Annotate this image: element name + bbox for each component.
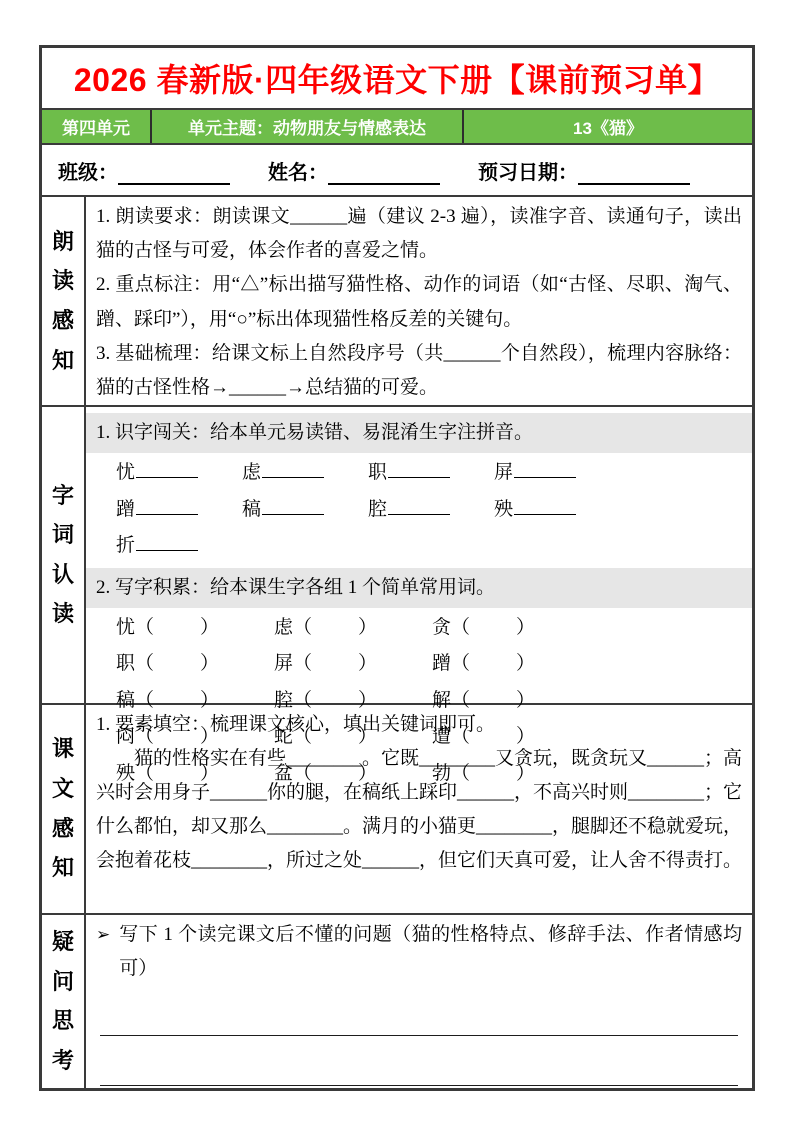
date-blank bbox=[578, 161, 690, 185]
arrow-bullet-icon: ➢ bbox=[96, 918, 110, 986]
section-label: 字词认读 bbox=[51, 476, 75, 634]
title-row: 2026 春新版·四年级语文下册【课前预习单】 bbox=[42, 48, 752, 110]
word-entry: 屏（） bbox=[274, 646, 432, 682]
section-content: 1. 朗读要求：朗读课文______遍（建议 2-3 遍），读准字音、读通句子，… bbox=[86, 197, 752, 405]
question-prompt-row: ➢ 写下 1 个读完课文后不懂的问题（猫的性格特点、修辞手法、作者情感均可） bbox=[86, 918, 752, 986]
class-label: 班级： bbox=[58, 156, 118, 185]
section-label-cell: 课文感知 bbox=[42, 705, 86, 913]
fill-blank-header: 1. 要素填空：梳理课文核心，填出关键词即可。 bbox=[86, 708, 752, 742]
word-entry: 蹭（） bbox=[432, 646, 590, 682]
word-entry: 职（） bbox=[116, 646, 274, 682]
section-content: ➢ 写下 1 个读完课文后不懂的问题（猫的性格特点、修辞手法、作者情感均可） bbox=[86, 915, 752, 1088]
pinyin-entry: 忧 bbox=[116, 455, 242, 491]
section-label: 朗读感知 bbox=[51, 222, 75, 380]
pinyin-entry: 虑 bbox=[242, 455, 368, 491]
unit-number: 第四单元 bbox=[42, 110, 152, 143]
class-field: 班级： bbox=[58, 156, 230, 185]
section-text-perception: 课文感知 1. 要素填空：梳理课文核心，填出关键词即可。 猫的性格实在有些___… bbox=[42, 705, 752, 915]
section-content: 1. 识字闯关：给本单元易读错、易混淆生字注拼音。 忧虑职屏蹭稿腔殃折 2. 写… bbox=[86, 407, 752, 703]
reading-item-3: 3. 基础梳理：给课文标上自然段序号（共______个自然段），梳理内容脉络：猫… bbox=[86, 337, 752, 405]
answer-line bbox=[100, 986, 738, 1036]
section-label-cell: 疑问思考 bbox=[42, 915, 86, 1088]
pinyin-entry: 屏 bbox=[494, 455, 620, 491]
pinyin-char-grid: 忧虑职屏蹭稿腔殃折 bbox=[86, 455, 752, 564]
reading-item-1: 1. 朗读要求：朗读课文______遍（建议 2-3 遍），读准字音、读通句子，… bbox=[86, 200, 752, 268]
unit-bar: 第四单元 单元主题：动物朋友与情感表达 13《猫》 bbox=[42, 110, 752, 145]
class-blank bbox=[118, 161, 230, 185]
question-prompt: 写下 1 个读完课文后不懂的问题（猫的性格特点、修辞手法、作者情感均可） bbox=[119, 918, 742, 986]
section-question-thinking: 疑问思考 ➢ 写下 1 个读完课文后不懂的问题（猫的性格特点、修辞手法、作者情感… bbox=[42, 915, 752, 1088]
worksheet-page: 2026 春新版·四年级语文下册【课前预习单】 第四单元 单元主题：动物朋友与情… bbox=[39, 45, 755, 1091]
reading-item-2: 2. 重点标注：用“△”标出描写猫性格、动作的词语（如“古怪、尽职、淘气、蹭、踩… bbox=[86, 268, 752, 336]
section-label-cell: 字词认读 bbox=[42, 407, 86, 703]
pinyin-entry: 稿 bbox=[242, 492, 368, 528]
section-content: 1. 要素填空：梳理课文核心，填出关键词即可。 猫的性格实在有些________… bbox=[86, 705, 752, 913]
student-info-row: 班级： 姓名： 预习日期： bbox=[42, 145, 752, 197]
pinyin-task-header: 1. 识字闯关：给本单元易读错、易混淆生字注拼音。 bbox=[86, 413, 752, 453]
section-label-cell: 朗读感知 bbox=[42, 197, 86, 405]
name-field: 姓名： bbox=[268, 156, 440, 185]
date-field: 预习日期： bbox=[478, 156, 690, 185]
pinyin-entry: 腔 bbox=[368, 492, 494, 528]
pinyin-entry: 职 bbox=[368, 455, 494, 491]
section-label: 疑问思考 bbox=[51, 922, 75, 1080]
word-entry: 贪（） bbox=[432, 610, 590, 646]
section-label: 课文感知 bbox=[51, 729, 75, 887]
answer-line bbox=[100, 1036, 738, 1086]
word-task-header: 2. 写字积累：给本课生字各组 1 个简单常用词。 bbox=[86, 568, 752, 608]
pinyin-entry: 折 bbox=[116, 528, 242, 564]
page-title: 2026 春新版·四年级语文下册【课前预习单】 bbox=[74, 55, 720, 101]
pinyin-entry: 殃 bbox=[494, 492, 620, 528]
word-entry: 忧（） bbox=[116, 610, 274, 646]
section-words-recognition: 字词认读 1. 识字闯关：给本单元易读错、易混淆生字注拼音。 忧虑职屏蹭稿腔殃折… bbox=[42, 407, 752, 705]
word-entry: 虑（） bbox=[274, 610, 432, 646]
fill-blank-paragraph: 猫的性格实在有些________。它既________又贪玩，既贪玩又_____… bbox=[86, 742, 752, 879]
name-blank bbox=[328, 161, 440, 185]
pinyin-entry: 蹭 bbox=[116, 492, 242, 528]
lesson-title: 13《猫》 bbox=[464, 110, 752, 143]
unit-theme: 单元主题：动物朋友与情感表达 bbox=[152, 110, 464, 143]
name-label: 姓名： bbox=[268, 156, 328, 185]
section-reading-perception: 朗读感知 1. 朗读要求：朗读课文______遍（建议 2-3 遍），读准字音、… bbox=[42, 197, 752, 407]
date-label: 预习日期： bbox=[478, 156, 578, 185]
